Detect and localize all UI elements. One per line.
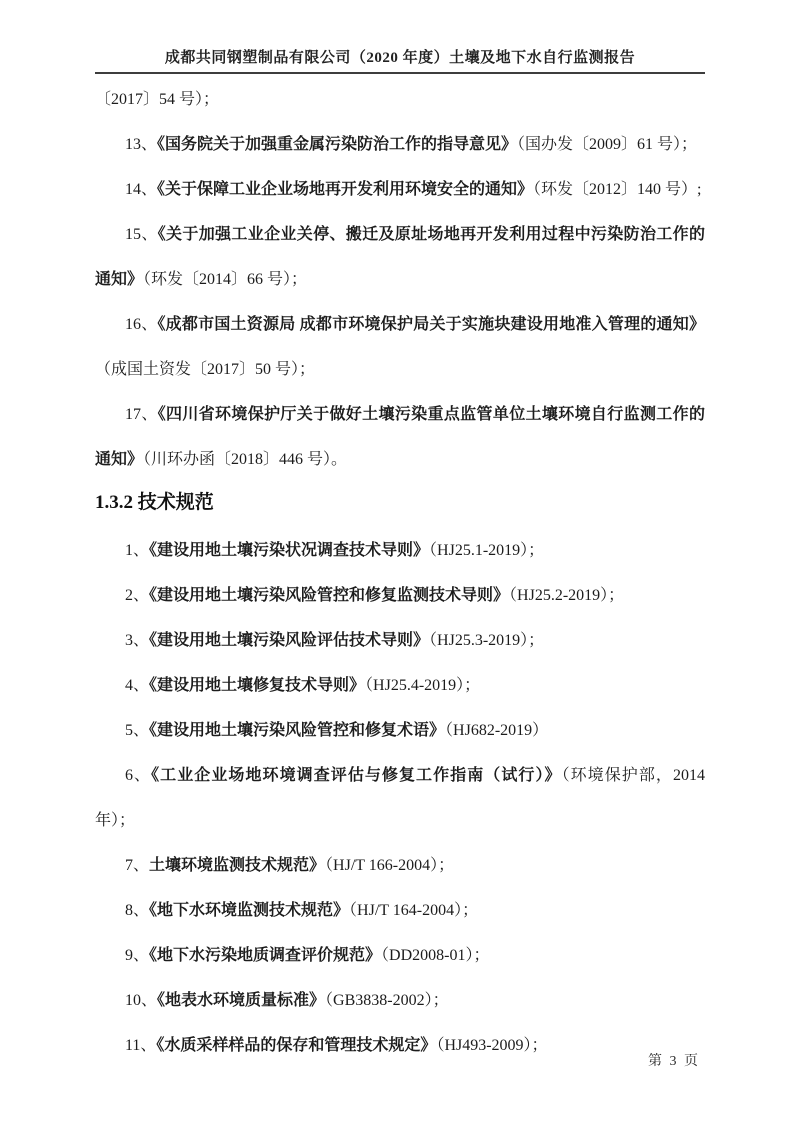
item-reference: （GB3838-2002）； [325, 992, 449, 1009]
list-item: 8、《地下水环境监测技术规范》（HJ/T 164-2004）； [95, 888, 705, 933]
item-reference: （HJ25.4-2019）； [365, 677, 480, 694]
item-reference: （HJ25.3-2019）； [429, 632, 544, 649]
item-reference: （HJ493-2009）； [436, 1037, 547, 1054]
item-title: 《建设用地土壤污染风险评估技术导则》 [149, 632, 429, 649]
item-title: 《成都市国土资源局 成都市环境保护局关于实施块建设用地准入管理的通知》 [157, 316, 705, 333]
list-item: 10、《地表水环境质量标准》（GB3838-2002）； [95, 978, 705, 1023]
item-reference: （环发〔2012〕140 号）; [533, 181, 701, 198]
item-number: 3、 [125, 632, 149, 649]
item-title: 《国务院关于加强重金属污染防治工作的指导意见》 [157, 136, 517, 153]
item-number: 14、 [125, 181, 157, 198]
item-reference: （川环办函〔2018〕446 号）。 [143, 451, 347, 468]
item-reference: （成国土资发〔2017〕50 号）； [95, 361, 315, 378]
item-title: 《关于保障工业企业场地再开发利用环境安全的通知》 [157, 181, 533, 198]
item-title: 《工业企业场地环境调查评估与修复工作指南（试行）》 [151, 767, 561, 784]
item-reference: （HJ/T 164-2004）； [349, 902, 478, 919]
page-header: 成都共同钢塑制品有限公司（2020 年度）土壤及地下水自行监测报告 [95, 0, 705, 72]
list-item: 13、《国务院关于加强重金属污染防治工作的指导意见》（国办发〔2009〕61 号… [95, 122, 705, 167]
list-item: 6、《工业企业场地环境调查评估与修复工作指南（试行）》（环境保护部，2014 年… [95, 753, 705, 843]
item-reference: （环发〔2014〕66 号）； [143, 271, 307, 288]
list-item: 16、《成都市国土资源局 成都市环境保护局关于实施块建设用地准入管理的通知》（成… [95, 302, 705, 392]
carryover-line: 〔2017〕54 号）； [95, 77, 705, 122]
item-number: 16、 [125, 316, 157, 333]
list-item: 14、《关于保障工业企业场地再开发利用环境安全的通知》（环发〔2012〕140 … [95, 167, 705, 212]
item-title: 《地下水污染地质调查评价规范》 [149, 947, 381, 964]
list-item: 4、《建设用地土壤修复技术导则》（HJ25.4-2019）； [95, 663, 705, 708]
item-title: 《建设用地土壤修复技术导则》 [149, 677, 365, 694]
list-item: 7、土壤环境监测技术规范》（HJ/T 166-2004）； [95, 843, 705, 888]
item-title: 土壤环境监测技术规范》 [149, 857, 325, 874]
item-number: 1、 [125, 542, 149, 559]
list-item: 2、《建设用地土壤污染风险管控和修复监测技术导则》（HJ25.2-2019）； [95, 573, 705, 618]
document-page: 成都共同钢塑制品有限公司（2020 年度）土壤及地下水自行监测报告 〔2017〕… [0, 0, 800, 1131]
item-number: 2、 [125, 587, 149, 604]
list-item: 15、《关于加强工业企业关停、搬迁及原址场地再开发利用过程中污染防治工作的通知》… [95, 212, 705, 302]
item-reference: （HJ25.2-2019）； [509, 587, 624, 604]
item-title: 《建设用地土壤污染状况调查技术导则》 [149, 542, 429, 559]
item-number: 13、 [125, 136, 157, 153]
item-number: 7、 [125, 857, 149, 874]
item-number: 6、 [125, 767, 151, 784]
item-number: 4、 [125, 677, 149, 694]
section-heading: 1.3.2 技术规范 [95, 482, 705, 524]
list-item: 11、《水质采样样品的保存和管理技术规定》（HJ493-2009）； [95, 1023, 705, 1068]
item-reference: （国办发〔2009〕61 号）； [517, 136, 697, 153]
item-reference: （HJ25.1-2019）； [429, 542, 544, 559]
list-item: 5、《建设用地土壤污染风险管控和修复术语》（HJ682-2019） [95, 708, 705, 753]
item-number: 17、 [125, 406, 158, 423]
list-item: 3、《建设用地土壤污染风险评估技术导则》（HJ25.3-2019）； [95, 618, 705, 663]
list-item: 9、《地下水污染地质调查评价规范》（DD2008-01）； [95, 933, 705, 978]
item-number: 15、 [125, 226, 158, 243]
item-title: 《地下水环境监测技术规范》 [149, 902, 349, 919]
item-reference: （HJ/T 166-2004）； [325, 857, 454, 874]
list-item: 1、《建设用地土壤污染状况调查技术导则》（HJ25.1-2019）； [95, 528, 705, 573]
item-number: 10、 [125, 992, 157, 1009]
item-number: 5、 [125, 722, 149, 739]
item-number: 11、 [125, 1037, 156, 1054]
item-number: 9、 [125, 947, 149, 964]
item-title: 《水质采样样品的保存和管理技术规定》 [156, 1037, 436, 1054]
item-title: 《建设用地土壤污染风险管控和修复监测技术导则》 [149, 587, 509, 604]
item-number: 8、 [125, 902, 149, 919]
document-body: 〔2017〕54 号）； 13、《国务院关于加强重金属污染防治工作的指导意见》（… [95, 74, 705, 1068]
list-item: 17、《四川省环境保护厅关于做好土壤污染重点监管单位土壤环境自行监测工作的通知》… [95, 392, 705, 482]
item-title: 《地表水环境质量标准》 [157, 992, 325, 1009]
item-title: 《建设用地土壤污染风险管控和修复术语》 [149, 722, 445, 739]
page-number: 第 3 页 [648, 1050, 700, 1070]
item-reference: （DD2008-01）； [381, 947, 489, 964]
item-reference: （HJ682-2019） [445, 722, 548, 739]
report-title: 成都共同钢塑制品有限公司（2020 年度）土壤及地下水自行监测报告 [95, 44, 705, 72]
